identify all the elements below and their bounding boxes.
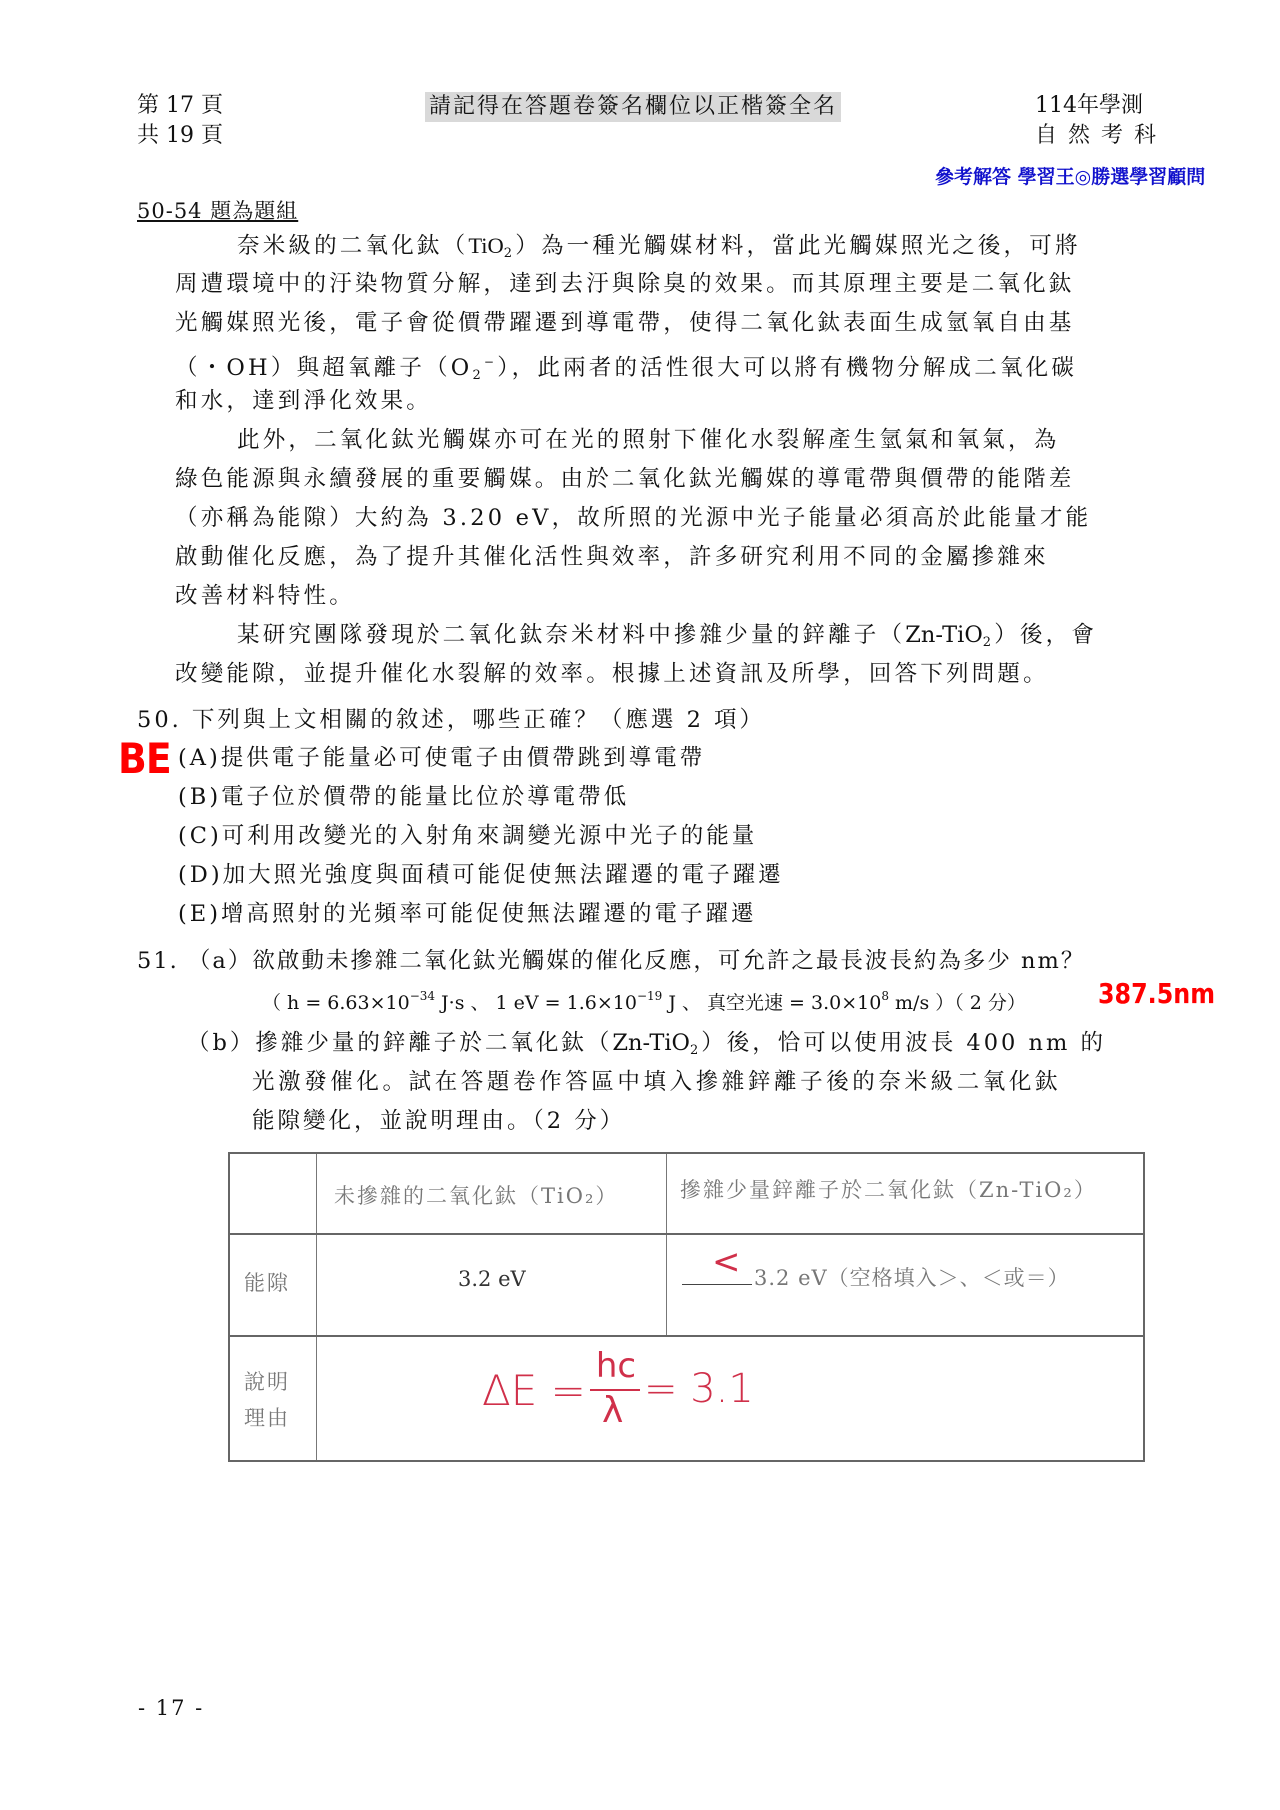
tio2-band-gap-value: 3.2 eV (458, 1267, 526, 1291)
row-label-band-gap: 能隙 (244, 1267, 290, 1297)
q50-answer: BE (118, 738, 171, 780)
signature-notice: 請記得在答題卷簽名欄位以正楷簽全名 (425, 92, 841, 122)
q50-stem: 50. 下列與上文相關的敘述，哪些正確？（應選 2 項） (137, 701, 765, 740)
col-header-tio2: 未摻雜的二氧化鈦（TiO₂） (334, 1180, 618, 1210)
subject-title: 自 然 考 科 (1035, 122, 1158, 150)
row-label-reason-2: 理由 (244, 1402, 290, 1432)
brand-label: 參考解答 學習王◎勝選學習顧問 (935, 162, 1205, 189)
answer-table: 未摻雜的二氧化鈦（TiO₂） 摻雜少量鋅離子於二氧化鈦（Zn-TiO₂） 能隙 … (228, 1152, 1145, 1462)
passage-line: （亦稱為能隙）大約為 3.20 eV，故所照的光源中光子能量必須高於此能量才能 (175, 499, 1091, 538)
passage-line: 此外，二氧化鈦光觸媒亦可在光的照射下催化水裂解產生氫氣和氧氣，為 (237, 421, 1059, 460)
table-divider (230, 1233, 1143, 1235)
handwritten-reason-rhs: = 3.1 (644, 1366, 754, 1412)
passage-line: 改變能隙，並提升催化水裂解的效率。根據上述資訊及所學，回答下列問題。 (175, 655, 1049, 694)
passage-line: 啟動催化反應，為了提升其催化活性與效率，許多研究利用不同的金屬摻雜來 (175, 538, 1049, 577)
passage-line: 光觸媒照光後，電子會從價帶躍遷到導電帶，使得二氧化鈦表面生成氫氧自由基 (175, 304, 1075, 343)
table-divider (316, 1154, 317, 1460)
zn-band-gap-suffix: 3.2 eV（空格填入＞、＜或＝） (754, 1262, 1070, 1292)
q51b-stem-line: 能隙變化，並說明理由。（2 分） (252, 1102, 625, 1141)
band-gap-blank-line (682, 1284, 752, 1285)
q51b-stem-line: 光激發催化。試在答題卷作答區中填入摻雜鋅離子後的奈米級二氧化鈦 (252, 1063, 1061, 1102)
q50-option-b: (B)電子位於價帶的能量比位於導電帶低 (178, 778, 629, 817)
handwritten-reason-denominator: λ (602, 1390, 623, 1431)
page-current: 第 17 頁 (137, 92, 223, 120)
passage-line: 和水，達到淨化效果。 (175, 382, 432, 421)
q51a-answer: 387.5nm (1098, 976, 1215, 1012)
page-number: - 17 - (138, 1696, 204, 1720)
table-divider (666, 1154, 667, 1336)
handwritten-reason-lhs: ΔE = (482, 1366, 586, 1415)
passage-line: 改善材料特性。 (175, 577, 355, 616)
q51a-constants: （ h = 6.63×10−34 J·s 、 1 eV = 1.6×10−19 … (262, 980, 1026, 1019)
q50-option-a: (A)提供電子能量必可使電子由價帶跳到導電帶 (178, 739, 705, 778)
table-divider (230, 1335, 1143, 1337)
page-total: 共 19 頁 (137, 122, 223, 150)
passage-line: 綠色能源與永續發展的重要觸媒。由於二氧化鈦光觸媒的導電帶與價帶的能階差 (175, 460, 1075, 499)
handwritten-comparison: < (712, 1242, 741, 1282)
q50-option-e: (E)增高照射的光頻率可能促使無法躍遷的電子躍遷 (178, 895, 756, 934)
row-label-reason-1: 說明 (244, 1366, 290, 1396)
q51a-stem: 51. （a）欲啟動未摻雜二氧化鈦光觸媒的催化反應，可允許之最長波長約為多少 n… (137, 942, 1085, 981)
group-title: 50-54 題為題組 (137, 195, 298, 225)
col-header-zn-tio2: 摻雜少量鋅離子於二氧化鈦（Zn-TiO₂） (680, 1174, 1097, 1204)
passage-line: 周遭環境中的汙染物質分解，達到去汙與除臭的效果。而其原理主要是二氧化鈦 (175, 265, 1075, 304)
handwritten-reason-numerator: hc (593, 1346, 639, 1386)
exam-title: 114年學測 (1035, 92, 1143, 120)
q50-option-c: (C)可利用改變光的入射角來調變光源中光子的能量 (178, 817, 757, 856)
q50-option-d: (D)加大照光強度與面積可能促使無法躍遷的電子躍遷 (178, 856, 784, 895)
